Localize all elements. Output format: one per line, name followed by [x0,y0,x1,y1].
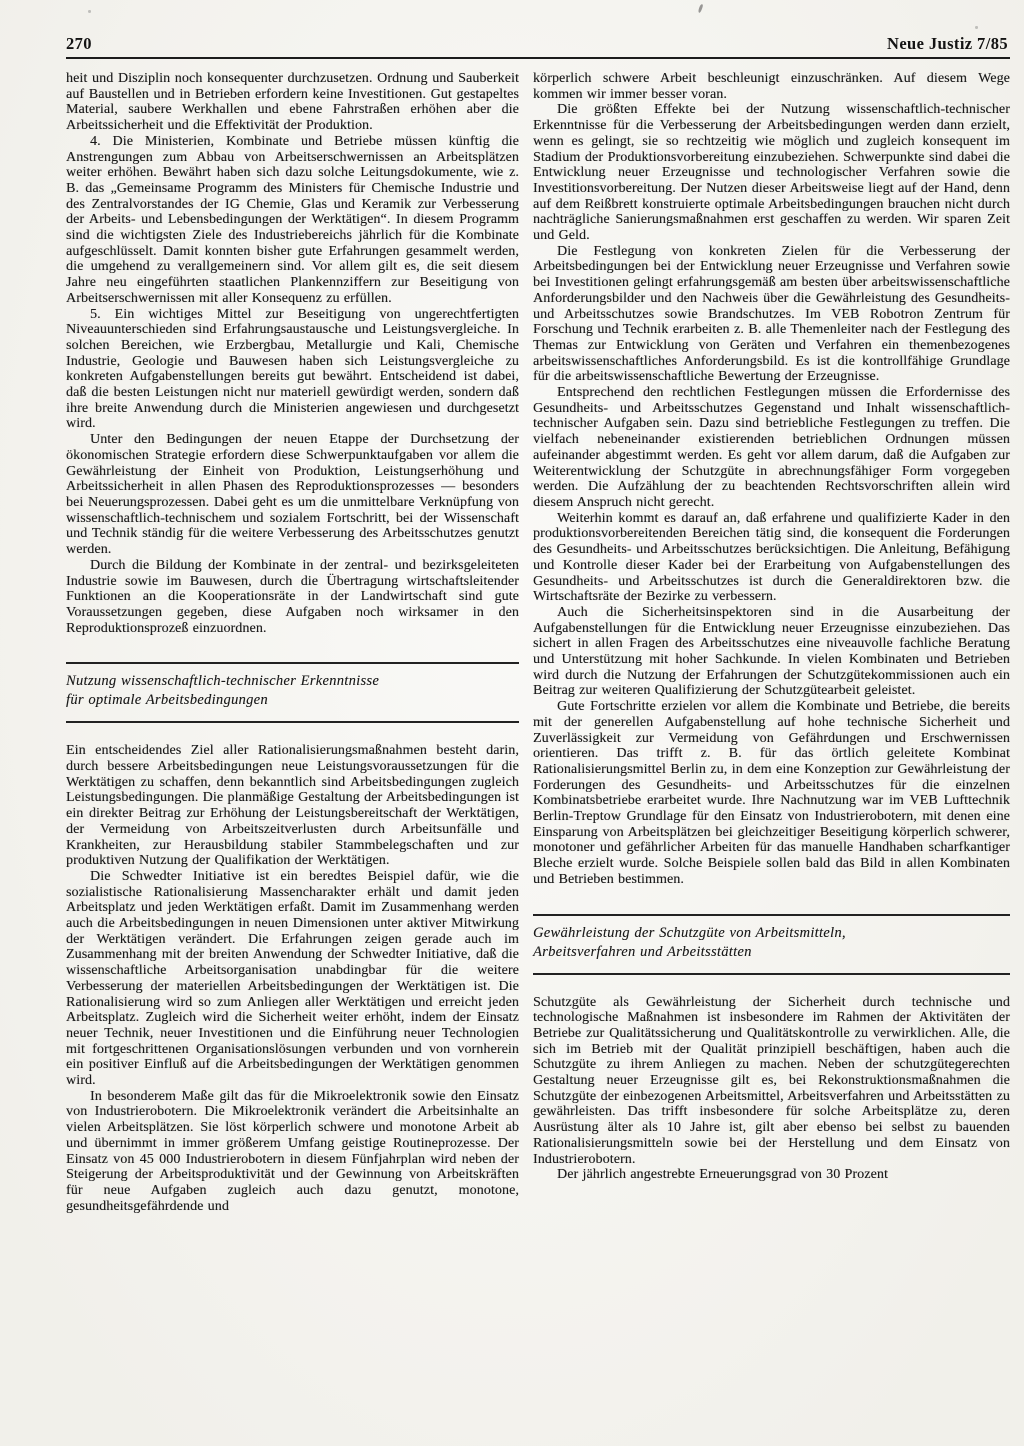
section-heading-line: Gewährleistung der Schutzgüte von Arbeit… [533,924,1010,943]
paragraph: Durch die Bildung der Kombinate in der z… [66,558,519,637]
paragraph: Die Schwedter Initiative ist ein beredte… [66,869,519,1089]
scan-artifact [88,10,91,13]
paragraph: 5. Ein wichtiges Mittel zur Beseitigung … [66,307,519,433]
section-heading-line: Nutzung wissenschaftlich-technischer Erk… [66,672,519,691]
paragraph: Weiterhin kommt es darauf an, daß erfahr… [533,511,1010,605]
paragraph: heit und Disziplin noch konsequenter dur… [66,71,519,134]
page-header: 270 Neue Justiz 7/85 [66,34,1010,54]
paragraph: Der jährlich angestrebte Erneuerungsgrad… [533,1167,1010,1183]
paragraph: Unter den Bedingungen der neuen Etappe d… [66,432,519,558]
right-column: körperlich schwere Arbeit beschleunigt e… [533,71,1010,1214]
two-column-text: heit und Disziplin noch konsequenter dur… [66,71,1010,1214]
paragraph: In besonderem Maße gilt das für die Mikr… [66,1089,519,1215]
paragraph: Die Festlegung von konkreten Zielen für … [533,244,1010,385]
scan-artifact [698,4,704,13]
section-heading-line: Arbeitsverfahren und Arbeitsstätten [533,943,1010,962]
paragraph: 4. Die Ministerien, Kombinate und Betrie… [66,134,519,307]
header-rule [66,57,1010,59]
paragraph: Auch die Sicherheitsinspektoren sind in … [533,605,1010,699]
paragraph: Schutzgüte als Gewährleistung der Sicher… [533,995,1010,1168]
section-heading: Nutzung wissenschaftlich-technischer Erk… [66,662,519,723]
scanned-journal-page: 270 Neue Justiz 7/85 heit und Disziplin … [0,0,1024,1446]
paragraph: Gute Fortschritte erzielen vor allem die… [533,699,1010,887]
paragraph: Ein entscheidendes Ziel aller Rationalis… [66,743,519,869]
section-heading: Gewährleistung der Schutzgüte von Arbeit… [533,914,1010,975]
paragraph: körperlich schwere Arbeit beschleunigt e… [533,71,1010,102]
section-heading-line: für optimale Arbeitsbedingungen [66,691,519,710]
scan-artifact [975,26,978,29]
journal-title: Neue Justiz 7/85 [887,34,1008,54]
page-number: 270 [66,34,92,54]
paragraph: Die größten Effekte bei der Nutzung wiss… [533,102,1010,243]
left-column: heit und Disziplin noch konsequenter dur… [66,71,519,1214]
page-content: 270 Neue Justiz 7/85 heit und Disziplin … [66,34,1010,1214]
paragraph: Entsprechend den rechtlichen Festlegunge… [533,385,1010,511]
